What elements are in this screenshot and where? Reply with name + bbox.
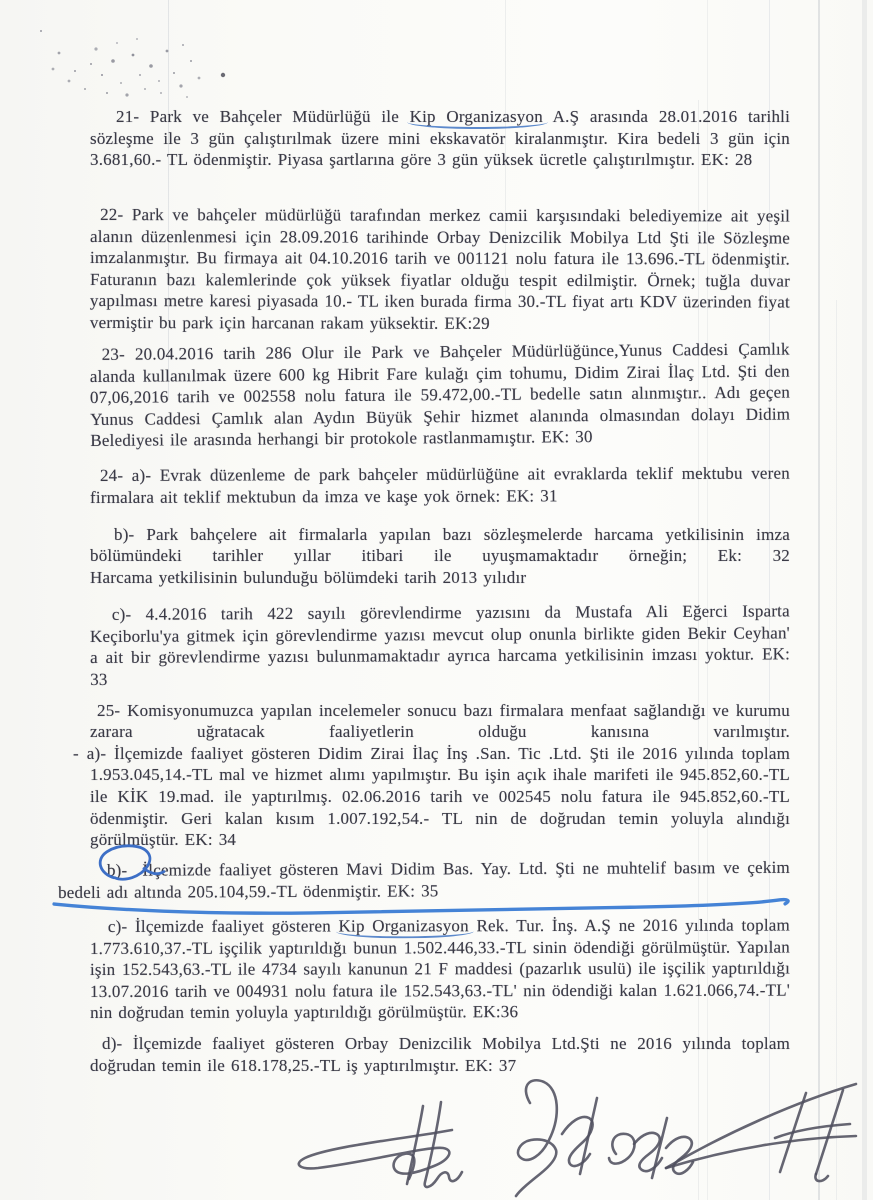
- scan-line: [818, 0, 820, 1200]
- paragraph-24b-justified: b)- Park bahçelere ait firmalarla yapıla…: [90, 524, 790, 567]
- pen-underline-mark: Kip Organizasyon: [339, 916, 469, 935]
- paragraph-25-intro: 25- Komisyonumuzca yapılan incelemeler s…: [90, 700, 790, 743]
- paragraph-24b-lastline: Harcama yetkilisinin bulunduğu bölümdeki…: [90, 567, 790, 589]
- paragraph-23: 23- 20.04.2016 tarih 286 Olur ile Park v…: [90, 339, 791, 452]
- paragraph-21: 21- Park ve Bahçeler Müdürlüğü ile Kip O…: [90, 106, 790, 171]
- item-label-b-circled: b)-: [107, 861, 128, 880]
- paragraph-25c-text: c)- İlçemizde faaliyet gösteren: [108, 916, 339, 935]
- signatures-area: [0, 1058, 873, 1200]
- paragraph-25b: b)-İlçemizde faaliyet gösteren Mavi Didi…: [58, 857, 790, 903]
- scan-speckle-cluster: [40, 30, 42, 32]
- paragraph-25a: - a)- İlçemizde faaliyet gösteren Didim …: [90, 743, 790, 851]
- page-edge-shading: [862, 0, 867, 1200]
- paragraph-25b-text: İlçemizde faaliyet gösteren Mavi Didim B…: [58, 858, 790, 902]
- paragraph-24a: 24- a)- Evrak düzenleme de park bahçeler…: [90, 463, 790, 509]
- signature-3: [666, 1084, 856, 1181]
- paragraph-22: 22- Park ve bahçeler müdürlüğü tarafında…: [90, 204, 790, 335]
- signature-1: [299, 1102, 462, 1187]
- paragraph-24c: c)- 4.4.2016 tarih 422 sayılı görevlendi…: [90, 601, 790, 691]
- document-body: 21- Park ve Bahçeler Müdürlüğü ile Kip O…: [90, 106, 790, 1090]
- paragraph-24b: b)- Park bahçelere ait firmalarla yapıla…: [90, 524, 790, 589]
- paragraph-21-text: 21- Park ve Bahçeler Müdürlüğü ile: [116, 107, 410, 126]
- signature-2: [516, 1080, 693, 1196]
- pen-underline-mark: Kip Organizasyon: [410, 107, 543, 126]
- scanned-document-page: 21- Park ve Bahçeler Müdürlüğü ile Kip O…: [0, 0, 873, 1200]
- paragraph-25c: c)- İlçemizde faaliyet gösteren Kip Orga…: [90, 915, 790, 1024]
